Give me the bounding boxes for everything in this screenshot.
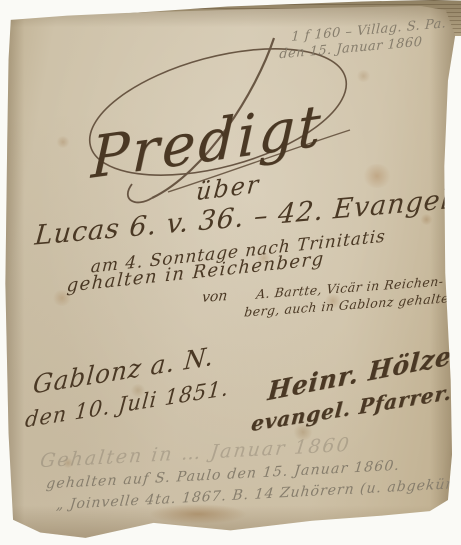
manuscript-scan: 1 f 160 – Villag. S. Pa. den 15. Januar … (0, 0, 461, 545)
manuscript-page: 1 f 160 – Villag. S. Pa. den 15. Januar … (4, 6, 457, 540)
von-word: von (201, 289, 228, 305)
